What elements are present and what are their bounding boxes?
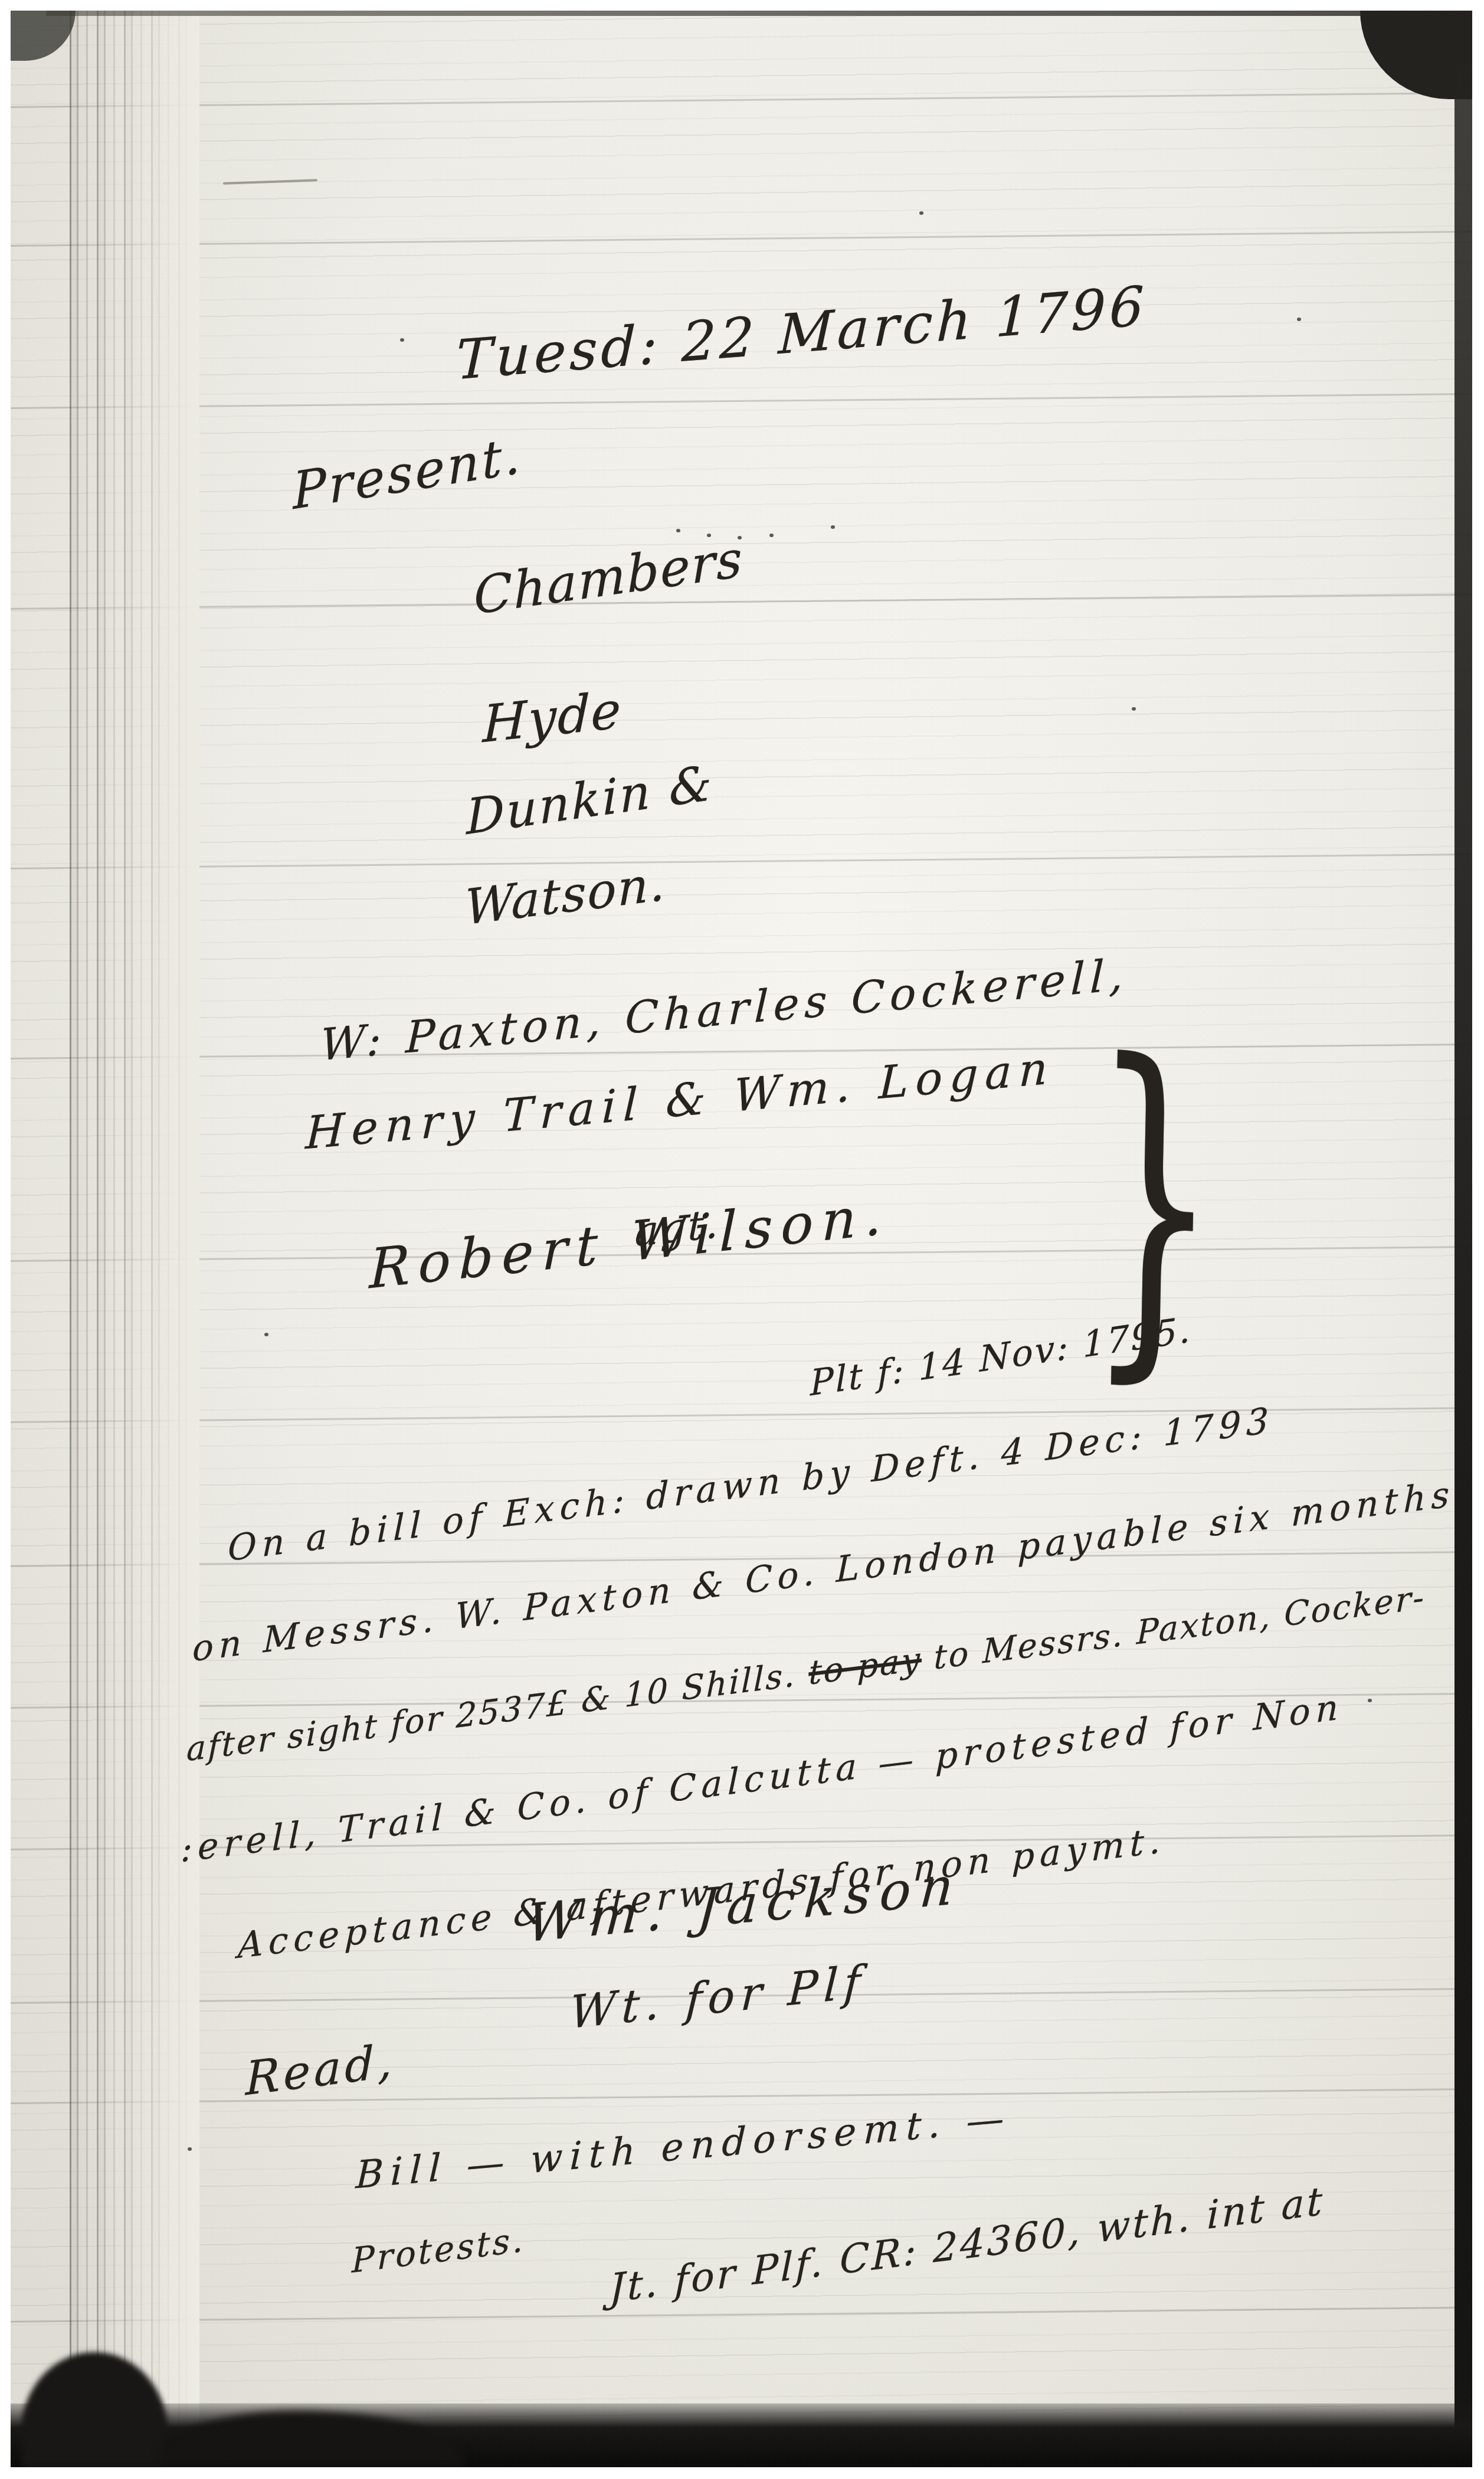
photo-dark-edge-right [1454, 64, 1472, 2467]
judge-name-hyde: Hyde [482, 683, 623, 752]
ink-speck [400, 338, 404, 342]
manuscript-photo: Tuesd: 22 March 1796 Present. Chambers H… [11, 11, 1472, 2467]
ink-speck [676, 529, 680, 532]
ink-speck [1368, 1699, 1372, 1702]
ink-speck [188, 2147, 192, 2151]
ink-speck [769, 534, 774, 537]
ink-speck [264, 1333, 268, 1336]
ink-speck [919, 211, 923, 215]
ink-speck [1132, 707, 1136, 711]
ink-speck [1297, 318, 1301, 321]
ink-speck [831, 525, 835, 529]
book-binding-gutter-fade [70, 11, 199, 2467]
photo-dark-edge-top [46, 11, 1472, 16]
